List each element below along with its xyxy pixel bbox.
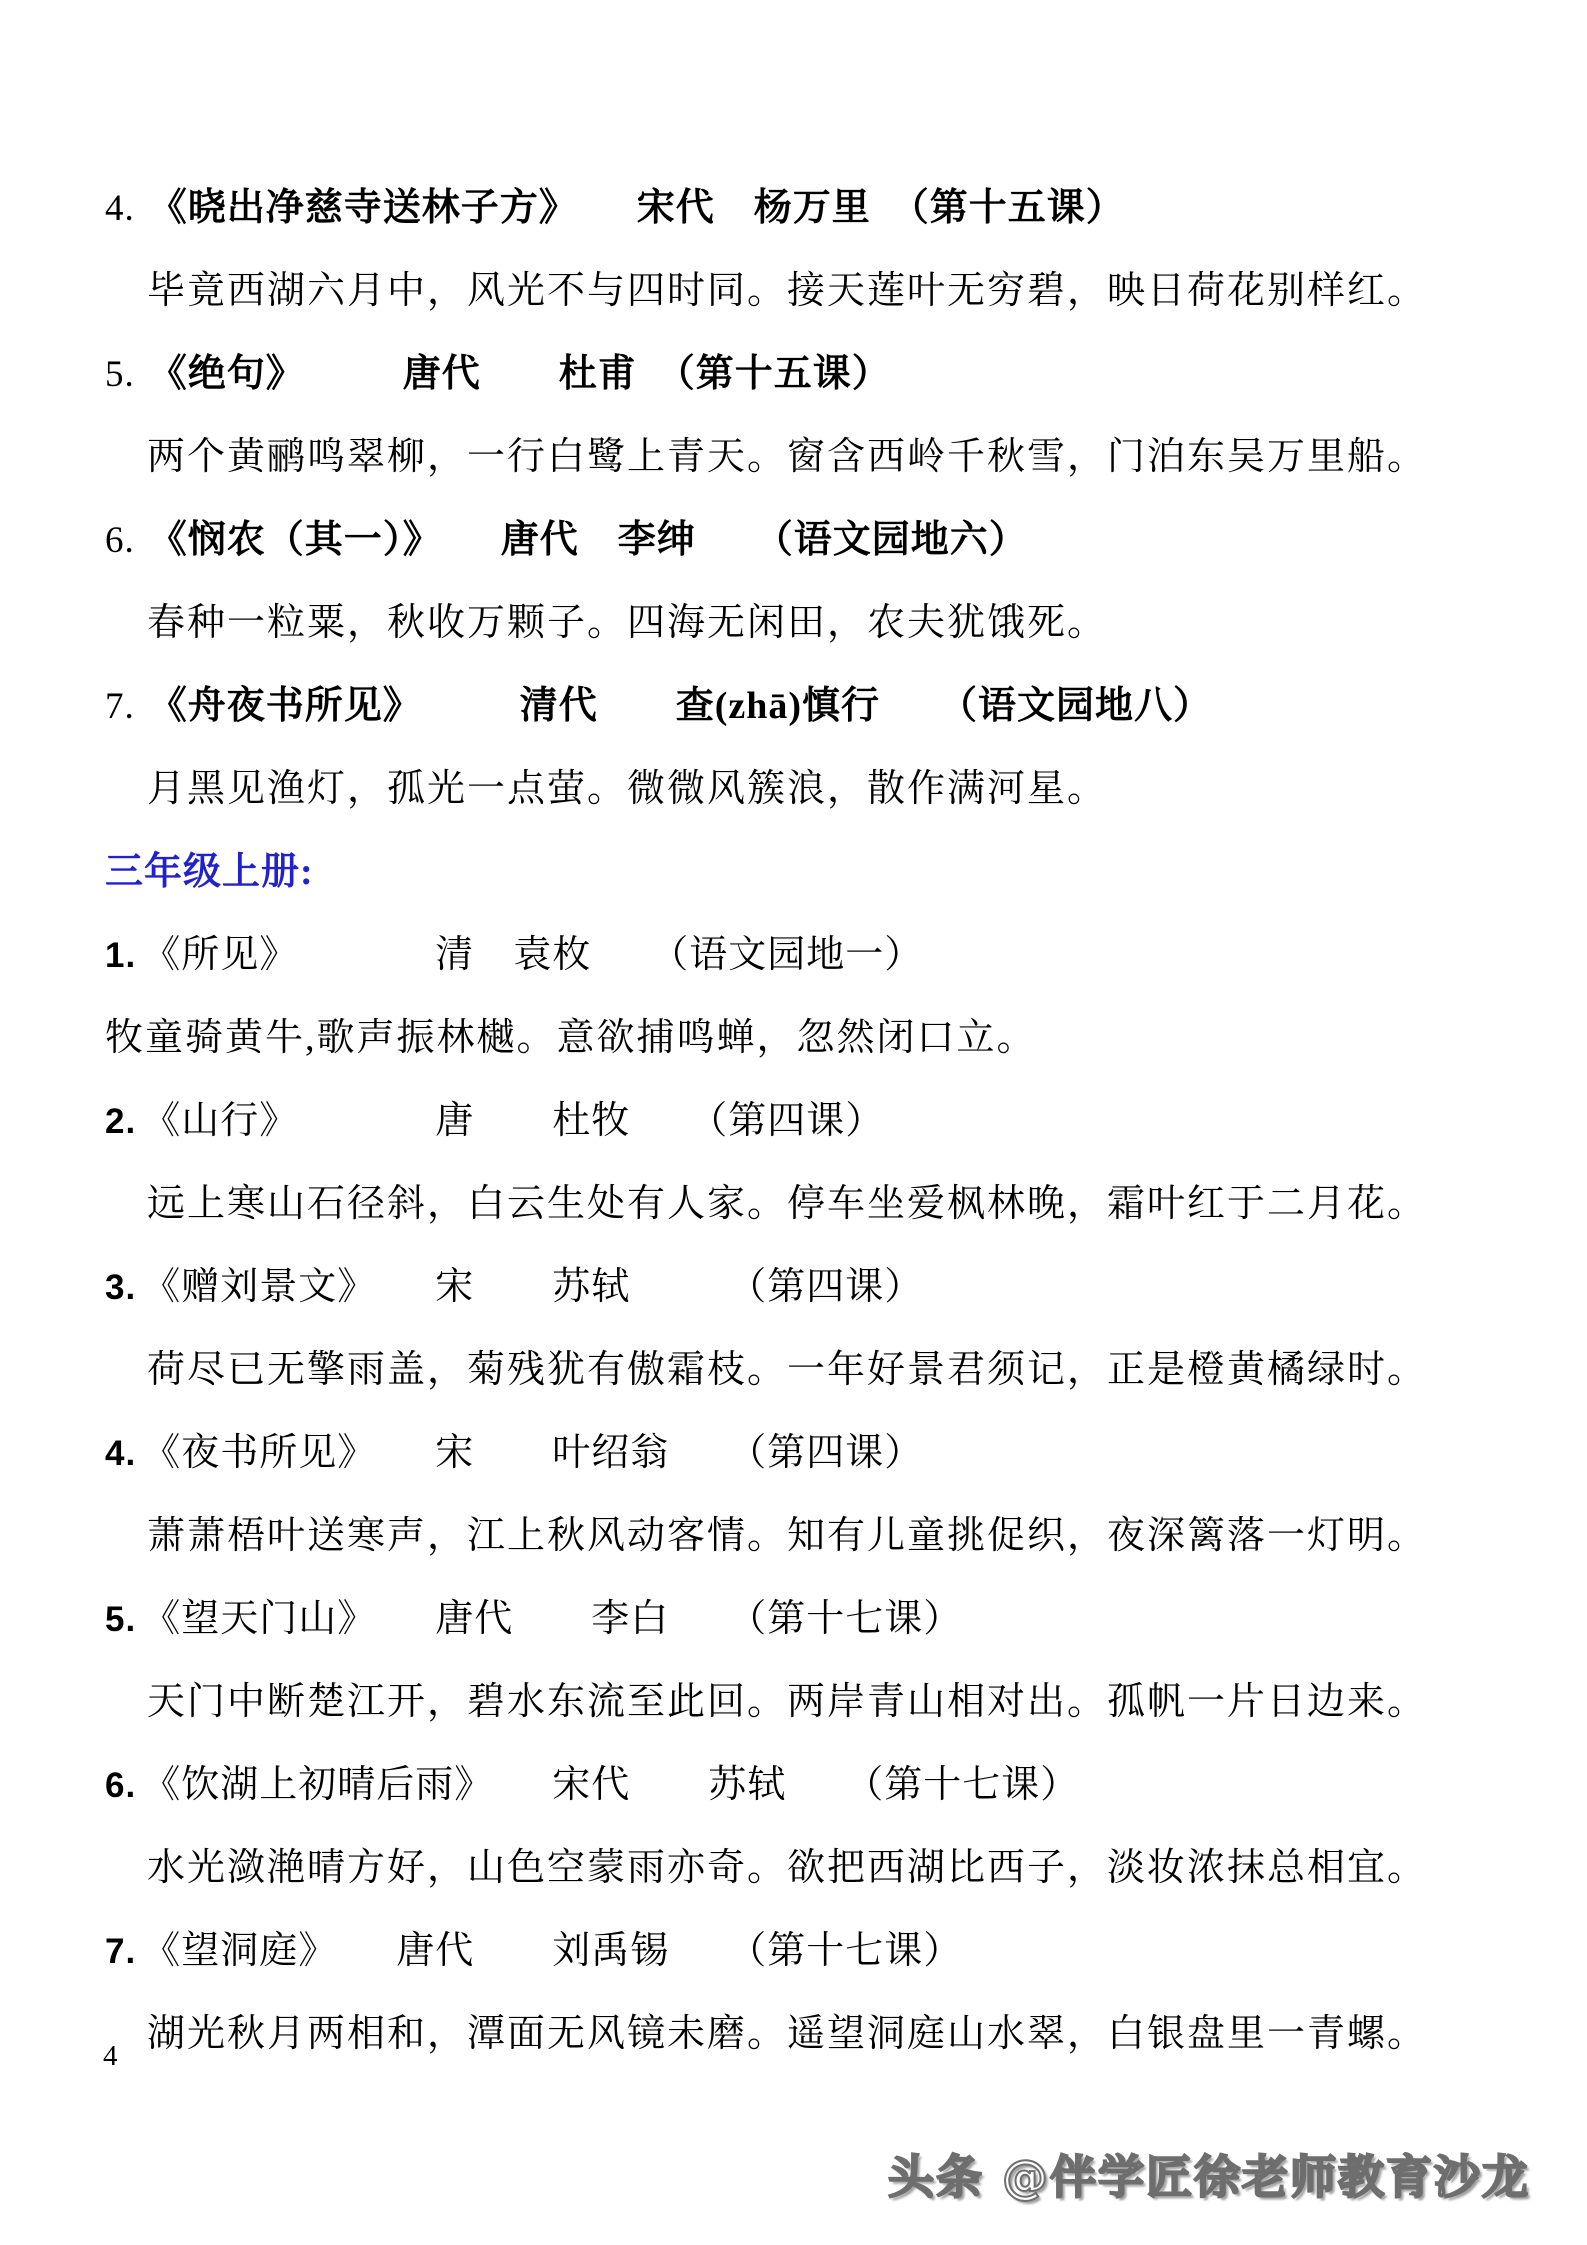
poem-title-line: 3.《赠刘景文》 宋 苏轼 （第四课） [105, 1246, 1507, 1329]
poem-text-line: 毕竟西湖六月中，风光不与四时同。接天莲叶无穷碧，映日荷花别样红。 [105, 250, 1507, 333]
item-header-text: 《晓出净慈寺送林子方》 宋代 杨万里 （第十五课） [149, 187, 1125, 229]
poem-title-line: 4.《晓出净慈寺送林子方》 宋代 杨万里 （第十五课） [105, 167, 1507, 250]
item-header-text: 《悯农（其一）》 唐代 李绅 （语文园地六） [149, 519, 1028, 561]
item-header-text: 《望洞庭》 唐代 刘禹锡 （第十七课） [142, 1930, 962, 1972]
poem-text-line: 荷尽已无擎雨盖，菊残犹有傲霜枝。一年好景君须记，正是橙黄橘绿时。 [105, 1329, 1507, 1412]
poem-entry: 5.《绝句》 唐代 杜甫 （第十五课） 两个黄鹂鸣翠柳，一行白鹭上青天。窗含西岭… [105, 333, 1507, 499]
poem-entry: 7.《望洞庭》 唐代 刘禹锡 （第十七课） 湖光秋月两相和，潭面无风镜未磨。遥望… [105, 1910, 1507, 2076]
poem-title-line: 7.《舟夜书所见》 清代 查(zhā)慎行 （语文园地八） [105, 665, 1507, 748]
poem-text-line: 两个黄鹂鸣翠柳，一行白鹭上青天。窗含西岭千秋雪，门泊东吴万里船。 [105, 416, 1507, 499]
poem-text-line: 萧萧梧叶送寒声，江上秋风动客情。知有儿童挑促织，夜深篱落一灯明。 [105, 1495, 1507, 1578]
item-header-text: 《舟夜书所见》 清代 查(zhā)慎行 （语文园地八） [149, 685, 1212, 727]
poem-title-line: 5.《望天门山》 唐代 李白 （第十七课） [105, 1578, 1507, 1661]
poem-entry: 5.《望天门山》 唐代 李白 （第十七课） 天门中断楚江开，碧水东流至此回。两岸… [105, 1578, 1507, 1744]
document-page: 4.《晓出净慈寺送林子方》 宋代 杨万里 （第十五课） 毕竟西湖六月中，风光不与… [0, 0, 1587, 2245]
poem-title-line: 6.《饮湖上初晴后雨》 宋代 苏轼 （第十七课） [105, 1744, 1507, 1827]
item-header-text: 《所见》 清 袁枚 （语文园地一） [142, 934, 923, 976]
poem-text-line: 月黑见渔灯，孤光一点萤。微微风簇浪，散作满河星。 [105, 748, 1507, 831]
item-number: 4. [105, 1412, 136, 1495]
item-number: 7. [105, 665, 135, 748]
poem-title-line: 4.《夜书所见》 宋 叶绍翁 （第四课） [105, 1412, 1507, 1495]
poem-entry: 4.《晓出净慈寺送林子方》 宋代 杨万里 （第十五课） 毕竟西湖六月中，风光不与… [105, 167, 1507, 333]
item-header-text: 《绝句》 唐代 杜甫 （第十五课） [149, 353, 891, 395]
item-number: 5. [105, 1578, 136, 1661]
item-header-text: 《饮湖上初晴后雨》 宋代 苏轼 （第十七课） [142, 1764, 1079, 1806]
poem-text-line: 春种一粒粟，秋收万颗子。四海无闲田，农夫犹饿死。 [105, 582, 1507, 665]
item-number: 6. [105, 499, 135, 582]
poem-entry: 3.《赠刘景文》 宋 苏轼 （第四课） 荷尽已无擎雨盖，菊残犹有傲霜枝。一年好景… [105, 1246, 1507, 1412]
poem-entry: 6.《饮湖上初晴后雨》 宋代 苏轼 （第十七课） 水光潋滟晴方好，山色空蒙雨亦奇… [105, 1744, 1507, 1910]
poem-entry: 4.《夜书所见》 宋 叶绍翁 （第四课） 萧萧梧叶送寒声，江上秋风动客情。知有儿… [105, 1412, 1507, 1578]
poem-title-line: 6.《悯农（其一）》 唐代 李绅 （语文园地六） [105, 499, 1507, 582]
poem-text-line: 水光潋滟晴方好，山色空蒙雨亦奇。欲把西湖比西子，淡妆浓抹总相宜。 [105, 1827, 1507, 1910]
poem-text-line: 远上寒山石径斜，白云生处有人家。停车坐爱枫林晚，霜叶红于二月花。 [105, 1163, 1507, 1246]
watermark: 头条 @伴学匠徐老师教育沙龙 [888, 2150, 1530, 2205]
poem-text-line: 牧童骑黄牛,歌声振林樾。意欲捕鸣蝉，忽然闭口立。 [105, 997, 1507, 1080]
item-number: 2. [105, 1080, 136, 1163]
item-header-text: 《赠刘景文》 宋 苏轼 （第四课） [142, 1266, 923, 1308]
section-heading: 三年级上册: [105, 831, 1507, 914]
item-header-text: 《望天门山》 唐代 李白 （第十七课） [142, 1598, 962, 1640]
poem-entry: 2.《山行》 唐 杜牧 （第四课） 远上寒山石径斜，白云生处有人家。停车坐爱枫林… [105, 1080, 1507, 1246]
poem-title-line: 7.《望洞庭》 唐代 刘禹锡 （第十七课） [105, 1910, 1507, 1993]
poem-entry: 6.《悯农（其一）》 唐代 李绅 （语文园地六） 春种一粒粟，秋收万颗子。四海无… [105, 499, 1507, 665]
poem-title-line: 2.《山行》 唐 杜牧 （第四课） [105, 1080, 1507, 1163]
poem-entry: 7.《舟夜书所见》 清代 查(zhā)慎行 （语文园地八） 月黑见渔灯，孤光一点… [105, 665, 1507, 831]
page-number: 4 [103, 2042, 118, 2071]
poem-entry: 1.《所见》 清 袁枚 （语文园地一） 牧童骑黄牛,歌声振林樾。意欲捕鸣蝉，忽然… [105, 914, 1507, 1080]
item-number: 4. [105, 167, 135, 250]
poem-text-line: 湖光秋月两相和，潭面无风镜未磨。遥望洞庭山水翠，白银盘里一青螺。 [105, 1993, 1507, 2076]
item-header-text: 《山行》 唐 杜牧 （第四课） [142, 1100, 884, 1142]
item-number: 3. [105, 1246, 136, 1329]
item-number: 6. [105, 1744, 136, 1827]
poem-text-line: 天门中断楚江开，碧水东流至此回。两岸青山相对出。孤帆一片日边来。 [105, 1661, 1507, 1744]
grade-section: 三年级上册: 1.《所见》 清 袁枚 （语文园地一） 牧童骑黄牛,歌声振林樾。意… [105, 831, 1507, 2076]
item-number: 1. [105, 914, 136, 997]
poem-title-line: 5.《绝句》 唐代 杜甫 （第十五课） [105, 333, 1507, 416]
grade-section: 4.《晓出净慈寺送林子方》 宋代 杨万里 （第十五课） 毕竟西湖六月中，风光不与… [105, 167, 1507, 831]
item-number: 5. [105, 333, 135, 416]
poem-list: 4.《晓出净慈寺送林子方》 宋代 杨万里 （第十五课） 毕竟西湖六月中，风光不与… [0, 0, 1587, 2076]
item-header-text: 《夜书所见》 宋 叶绍翁 （第四课） [142, 1432, 923, 1474]
item-number: 7. [105, 1910, 136, 1993]
poem-title-line: 1.《所见》 清 袁枚 （语文园地一） [105, 914, 1507, 997]
